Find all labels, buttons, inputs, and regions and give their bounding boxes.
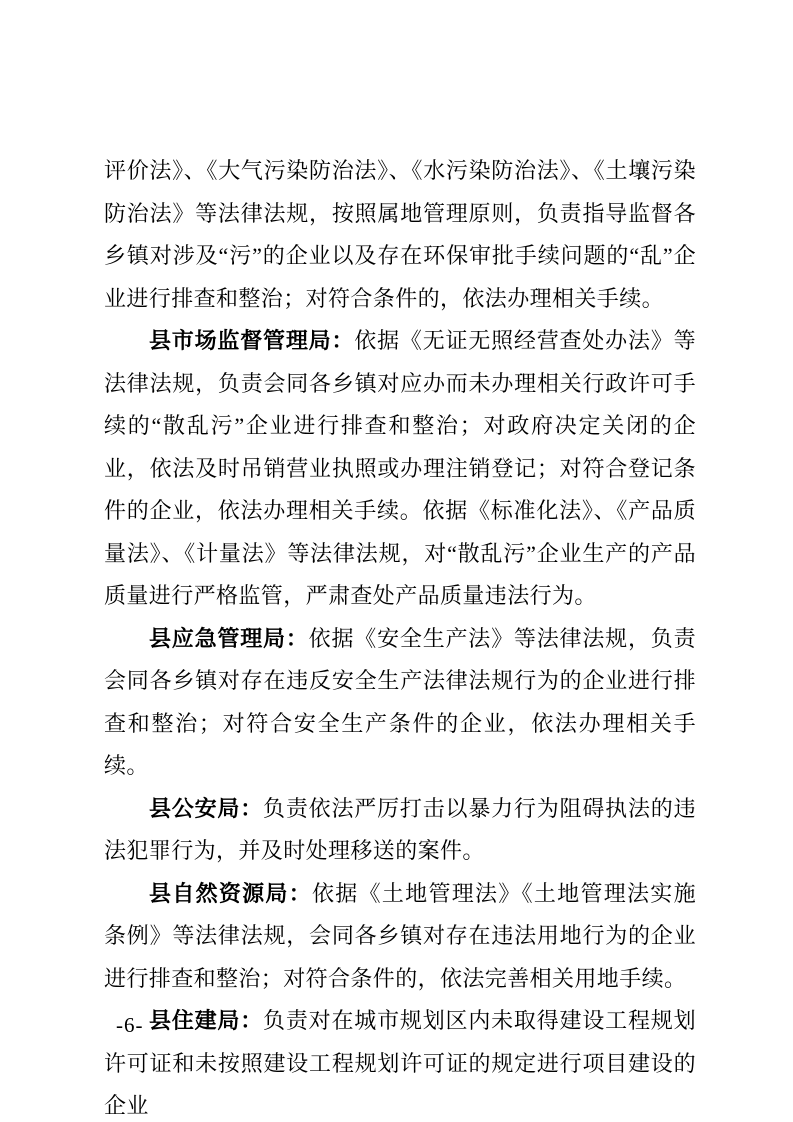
paragraph-continuation: 评价法》、《大气污染防治法》、《水污染防治法》、《土壤污染防治法》等法律法规，按… xyxy=(104,150,696,320)
paragraph-public-security: 县公安局：负责依法严厉打击以暴力行为阻碍执法的违法犯罪行为，并及时处理移送的案件… xyxy=(104,788,696,873)
paragraph-natural-resources: 县自然资源局：依据《土地管理法》《土地管理法实施条例》等法律法规，会同各乡镇对存… xyxy=(104,873,696,1001)
department-lead: 县应急管理局： xyxy=(149,626,309,651)
department-lead: 县公安局： xyxy=(149,796,263,821)
paragraph-market-regulation: 县市场监督管理局：依据《无证无照经营查处办法》等法律法规，负责会同各乡镇对应办而… xyxy=(104,320,696,618)
document-page: 评价法》、《大气污染防治法》、《水污染防治法》、《土壤污染防治法》等法律法规，按… xyxy=(0,0,793,1122)
department-lead: 县自然资源局： xyxy=(149,881,312,906)
department-lead: 县市场监督管理局： xyxy=(149,328,354,353)
document-body: 评价法》、《大气污染防治法》、《水污染防治法》、《土壤污染防治法》等法律法规，按… xyxy=(104,150,696,1122)
paragraph-text: 依据《无证无照经营查处办法》等法律法规，负责会同各乡镇对应办而未办理相关行政许可… xyxy=(104,328,696,608)
paragraph-text: 评价法》、《大气污染防治法》、《水污染防治法》、《土壤污染防治法》等法律法规，按… xyxy=(104,158,696,311)
page-number: -6- xyxy=(116,1004,144,1046)
department-lead: 县住建局： xyxy=(149,1008,263,1033)
paragraph-housing-construction: 县住建局：负责对在城市规划区内未取得建设工程规划许可证和未按照建设工程规划许可证… xyxy=(104,1000,696,1122)
paragraph-emergency-management: 县应急管理局：依据《安全生产法》等法律法规，负责会同各乡镇对存在违反安全生产法律… xyxy=(104,618,696,788)
